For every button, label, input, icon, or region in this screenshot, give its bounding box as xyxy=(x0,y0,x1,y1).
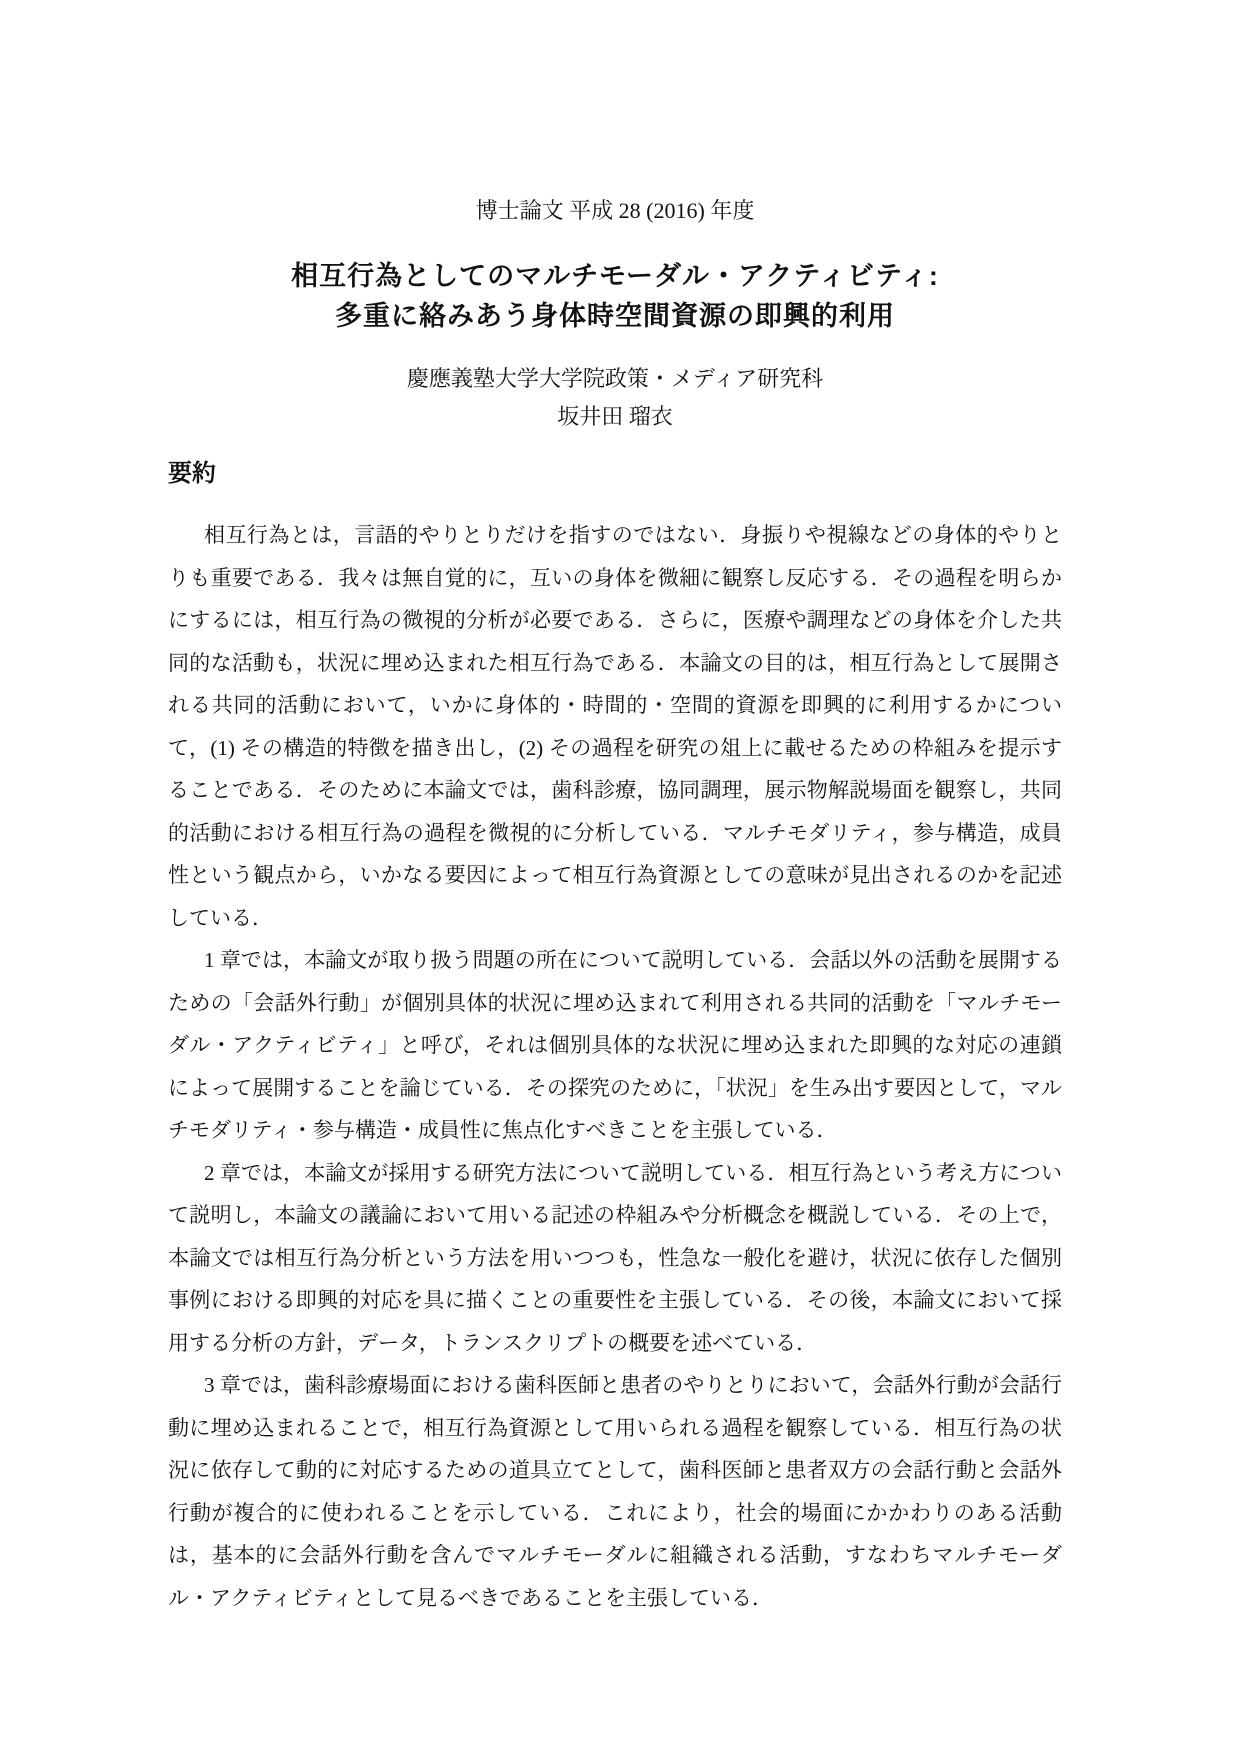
title-line-2: 多重に絡みあう身体時空間資源の即興的利用 xyxy=(168,296,1062,336)
abstract-paragraph: 1 章では，本論文が取り扱う問題の所在について説明している．会話以外の活動を展開… xyxy=(168,939,1062,1152)
byline: 慶應義塾大学大学院政策・メディア研究科 坂井田 瑠衣 xyxy=(168,360,1062,436)
abstract-paragraph: 2 章では，本論文が採用する研究方法について説明している．相互行為という考え方に… xyxy=(168,1152,1062,1365)
abstract-body: 相互行為とは，言語的やりとりだけを指すのではない．身振りや視線などの身体的やりと… xyxy=(168,514,1062,1619)
affiliation: 慶應義塾大学大学院政策・メディア研究科 xyxy=(168,360,1062,398)
text-block: 博士論文 平成 28 (2016) 年度 相互行為としてのマルチモーダル・アクテ… xyxy=(168,196,1062,1619)
abstract-heading: 要約 xyxy=(168,458,1062,490)
dissertation-abstract-page: 博士論文 平成 28 (2016) 年度 相互行為としてのマルチモーダル・アクテ… xyxy=(0,0,1240,1755)
author-name: 坂井田 瑠衣 xyxy=(168,398,1062,436)
doc-type-line: 博士論文 平成 28 (2016) 年度 xyxy=(168,196,1062,226)
abstract-paragraph: 3 章では，歯科診療場面における歯科医師と患者のやりとりにおいて，会話外行動が会… xyxy=(168,1364,1062,1619)
title-line-1: 相互行為としてのマルチモーダル・アクティビティ: xyxy=(168,256,1062,296)
dissertation-title: 相互行為としてのマルチモーダル・アクティビティ: 多重に絡みあう身体時空間資源の… xyxy=(168,256,1062,336)
abstract-paragraph: 相互行為とは，言語的やりとりだけを指すのではない．身振りや視線などの身体的やりと… xyxy=(168,514,1062,939)
